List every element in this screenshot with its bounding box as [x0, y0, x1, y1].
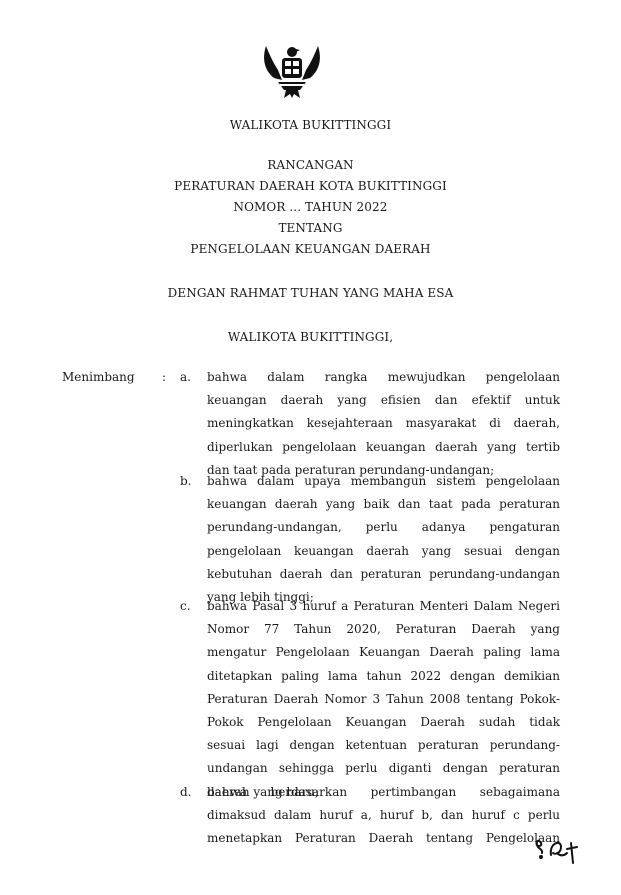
doc-about-label: TENTANG: [0, 221, 621, 235]
item-letter: b.: [180, 474, 204, 488]
text-line: Nomor 77 Tahun 2020, Peraturan Daerah ya…: [207, 618, 560, 641]
text-line: sesuai lagi dengan ketentuan peraturan p…: [207, 734, 560, 757]
text-line: bahwa Pasal 3 huruf a Peraturan Menteri …: [207, 595, 560, 618]
text-line: Peraturan Daerah Nomor 3 Tahun 2008 tent…: [207, 688, 560, 711]
doc-subject: PENGELOLAAN KEUANGAN DAERAH: [0, 242, 621, 256]
text-line: diperlukan pengelolaan keuangan daerah y…: [207, 436, 560, 459]
item-text: bahwa dalam upaya membangun sistem penge…: [207, 470, 560, 609]
item-text: bahwa Pasal 3 huruf a Peraturan Menteri …: [207, 595, 560, 804]
text-line: bahwa berdasarkan pertimbangan sebagaima…: [207, 781, 560, 804]
text-line: menetapkan Peraturan Daerah tentang Peng…: [207, 827, 560, 850]
text-line: meningkatkan kesejahteraan masyarakat di…: [207, 412, 560, 435]
item-letter: c.: [180, 599, 204, 613]
text-line: undangan sehingga perlu diganti dengan p…: [207, 757, 560, 780]
invocation: DENGAN RAHMAT TUHAN YANG MAHA ESA: [0, 286, 621, 300]
text-line: ditetapkan paling lama tahun 2022 dengan…: [207, 665, 560, 688]
item-text: bahwa dalam rangka mewujudkan pengelolaa…: [207, 366, 560, 482]
text-line: bahwa dalam rangka mewujudkan pengelolaa…: [207, 366, 560, 389]
text-line: Pokok Pengelolaan Keuangan Daerah sudah …: [207, 711, 560, 734]
text-line: perundang-undangan, perlu adanya pengatu…: [207, 516, 560, 539]
text-line: kebutuhan daerah dan peraturan perundang…: [207, 563, 560, 586]
text-line: dimaksud dalam huruf a, huruf b, dan hur…: [207, 804, 560, 827]
handwritten-initials-icon: [533, 835, 585, 865]
considerations-label: Menimbang: [62, 370, 135, 384]
text-line: mengatur Pengelolaan Keuangan Daerah pal…: [207, 641, 560, 664]
doc-type: PERATURAN DAERAH KOTA BUKITTINGGI: [0, 179, 621, 193]
item-text: bahwa berdasarkan pertimbangan sebagaima…: [207, 781, 560, 851]
doc-status: RANCANGAN: [0, 158, 621, 172]
doc-number: NOMOR ... TAHUN 2022: [0, 200, 621, 214]
item-letter: d.: [180, 785, 204, 799]
text-line: pengelolaan keuangan daerah yang sesuai …: [207, 540, 560, 563]
garuda-emblem-icon: [260, 40, 324, 100]
authority: WALIKOTA BUKITTINGGI,: [0, 330, 621, 344]
text-line: keuangan daerah yang baik dan taat pada …: [207, 493, 560, 516]
item-letter: a.: [180, 370, 204, 384]
issuer-title: WALIKOTA BUKITTINGGI: [0, 118, 621, 132]
text-line: keuangan daerah yang efisien dan efektif…: [207, 389, 560, 412]
considerations-colon: :: [162, 370, 166, 384]
text-line: bahwa dalam upaya membangun sistem penge…: [207, 470, 560, 493]
